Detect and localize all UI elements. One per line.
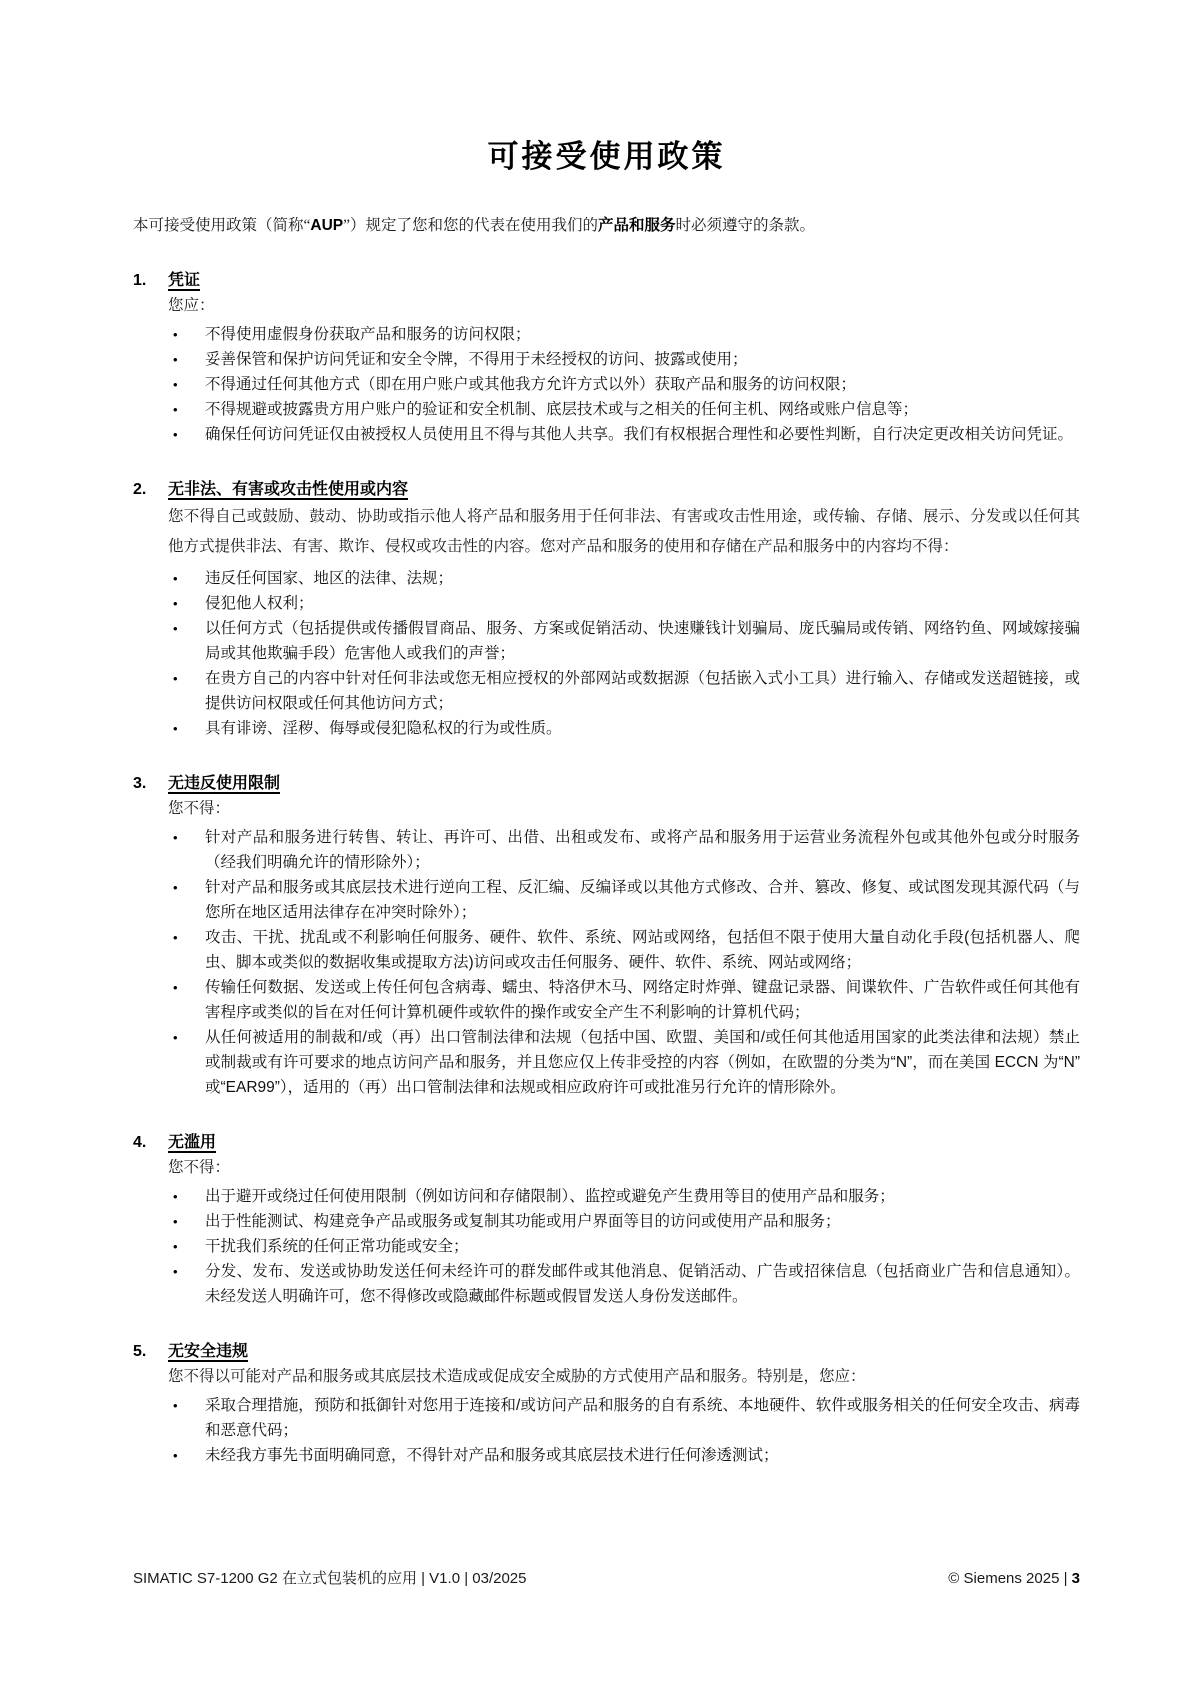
list-item: •不得通过任何其他方式（即在用户账户或其他我方允许方式以外）获取产品和服务的访问…	[168, 372, 1080, 397]
list-item: •不得使用虚假身份获取产品和服务的访问权限；	[168, 322, 1080, 347]
list-item: •在贵方自己的内容中针对任何非法或您无相应授权的外部网站或数据源（包括嵌入式小工…	[168, 666, 1080, 716]
section-credentials: 1. 凭证 您应： •不得使用虚假身份获取产品和服务的访问权限； •妥善保管和保…	[133, 268, 1080, 447]
bullet-text: 具有诽谤、淫秽、侮辱或侵犯隐私权的行为或性质。	[205, 716, 1080, 741]
bullet-icon: •	[168, 975, 205, 1025]
bullet-text: 未经我方事先书面明确同意，不得针对产品和服务或其底层技术进行任何渗透测试；	[205, 1443, 1080, 1468]
list-item: •分发、发布、发送或协助发送任何未经许可的群发邮件或其他消息、促销活动、广告或招…	[168, 1259, 1080, 1309]
document-content: 可接受使用政策 本可接受使用政策（简称“AUP”）规定了您和您的代表在使用我们的…	[133, 0, 1080, 1468]
bullet-text: 出于避开或绕过任何使用限制（例如访问和存储限制）、监控或避免产生费用等目的使用产…	[205, 1184, 1080, 1209]
bullet-text: 传输任何数据、发送或上传任何包含病毒、蠕虫、特洛伊木马、网络定时炸弹、键盘记录器…	[205, 975, 1080, 1025]
bullet-text: 不得规避或披露贵方用户账户的验证和安全机制、底层技术或与之相关的任何主机、网络或…	[205, 397, 1080, 422]
bullet-icon: •	[168, 1184, 205, 1209]
bullet-icon: •	[168, 1025, 205, 1100]
list-item: •针对产品和服务进行转售、转让、再许可、出借、出租或发布、或将产品和服务用于运营…	[168, 825, 1080, 875]
bullet-text: 不得通过任何其他方式（即在用户账户或其他我方允许方式以外）获取产品和服务的访问权…	[205, 372, 1080, 397]
list-item: •采取合理措施，预防和抵御针对您用于连接和/或访问产品和服务的自有系统、本地硬件…	[168, 1393, 1080, 1443]
bullet-icon: •	[168, 397, 205, 422]
footer-document-title: SIMATIC S7-1200 G2 在立式包装机的应用 | V1.0 | 03…	[133, 1568, 527, 1590]
intro-text: 时必须遵守的条款。	[676, 217, 816, 234]
bullet-icon: •	[168, 566, 205, 591]
bullet-icon: •	[168, 925, 205, 975]
section-abuse: 4. 无滥用 您不得： •出于避开或绕过任何使用限制（例如访问和存储限制）、监控…	[133, 1130, 1080, 1309]
intro-paragraph: 本可接受使用政策（简称“AUP”）规定了您和您的代表在使用我们的产品和服务时必须…	[133, 214, 1080, 238]
intro-bold-products-services: 产品和服务	[598, 217, 676, 234]
bullet-text: 针对产品和服务或其底层技术进行逆向工程、反汇编、反编译或以其他方式修改、合并、篡…	[205, 875, 1080, 925]
section-number: 3.	[133, 771, 168, 796]
section-heading: 无安全违规	[168, 1339, 248, 1364]
bullet-list: •违反任何国家、地区的法律、法规； •侵犯他人权利； •以任何方式（包括提供或传…	[168, 566, 1080, 741]
bullet-text: 针对产品和服务进行转售、转让、再许可、出借、出租或发布、或将产品和服务用于运营业…	[205, 825, 1080, 875]
bullet-icon: •	[168, 666, 205, 716]
list-item: •干扰我们系统的任何正常功能或安全；	[168, 1234, 1080, 1259]
bullet-text: 妥善保管和保护访问凭证和安全令牌，不得用于未经授权的访问、披露或使用；	[205, 347, 1080, 372]
list-item: •妥善保管和保护访问凭证和安全令牌，不得用于未经授权的访问、披露或使用；	[168, 347, 1080, 372]
section-heading-row: 1. 凭证	[133, 268, 1080, 293]
bullet-icon: •	[168, 372, 205, 397]
intro-text: 本可接受使用政策（简称“	[133, 217, 310, 234]
section-heading-row: 5. 无安全违规	[133, 1339, 1080, 1364]
bullet-text: 违反任何国家、地区的法律、法规；	[205, 566, 1080, 591]
list-item: •传输任何数据、发送或上传任何包含病毒、蠕虫、特洛伊木马、网络定时炸弹、键盘记录…	[168, 975, 1080, 1025]
list-item: •确保任何访问凭证仅由被授权人员使用且不得与其他人共享。我们有权根据合理性和必要…	[168, 422, 1080, 447]
bullet-text: 出于性能测试、构建竞争产品或服务或复制其功能或用户界面等目的访问或使用产品和服务…	[205, 1209, 1080, 1234]
bullet-icon: •	[168, 1393, 205, 1443]
bullet-list: •针对产品和服务进行转售、转让、再许可、出借、出租或发布、或将产品和服务用于运营…	[168, 825, 1080, 1100]
bullet-icon: •	[168, 1209, 205, 1234]
section-heading-row: 2. 无非法、有害或攻击性使用或内容	[133, 477, 1080, 502]
bullet-text: 以任何方式（包括提供或传播假冒商品、服务、方案或促销活动、快速赚钱计划骗局、庞氏…	[205, 616, 1080, 666]
section-lead: 您不得：	[168, 1155, 1080, 1180]
section-security: 5. 无安全违规 您不得以可能对产品和服务或其底层技术造成或促成安全威胁的方式使…	[133, 1339, 1080, 1468]
bullet-icon: •	[168, 825, 205, 875]
section-number: 1.	[133, 268, 168, 293]
section-heading: 凭证	[168, 268, 200, 293]
footer-copyright: © Siemens 2025 | 3	[948, 1568, 1080, 1590]
bullet-list: •出于避开或绕过任何使用限制（例如访问和存储限制）、监控或避免产生费用等目的使用…	[168, 1184, 1080, 1309]
section-lead: 您不得：	[168, 796, 1080, 821]
bullet-text: 不得使用虚假身份获取产品和服务的访问权限；	[205, 322, 1080, 347]
bullet-icon: •	[168, 347, 205, 372]
document-page: 可接受使用政策 本可接受使用政策（简称“AUP”）规定了您和您的代表在使用我们的…	[0, 0, 1190, 1683]
section-body: 您不得： •针对产品和服务进行转售、转让、再许可、出借、出租或发布、或将产品和服…	[168, 796, 1080, 1100]
section-number: 2.	[133, 477, 168, 502]
section-illegal-content: 2. 无非法、有害或攻击性使用或内容 您不得自己或鼓励、鼓动、协助或指示他人将产…	[133, 477, 1080, 741]
footer-copyright-text: © Siemens 2025 |	[948, 1570, 1071, 1587]
bullet-text: 从任何被适用的制裁和/或（再）出口管制法律和法规（包括中国、欧盟、美国和/或任何…	[205, 1025, 1080, 1100]
bullet-list: •采取合理措施，预防和抵御针对您用于连接和/或访问产品和服务的自有系统、本地硬件…	[168, 1393, 1080, 1468]
page-title: 可接受使用政策	[133, 136, 1080, 178]
list-item: •以任何方式（包括提供或传播假冒商品、服务、方案或促销活动、快速赚钱计划骗局、庞…	[168, 616, 1080, 666]
list-item: •未经我方事先书面明确同意，不得针对产品和服务或其底层技术进行任何渗透测试；	[168, 1443, 1080, 1468]
bullet-text: 侵犯他人权利；	[205, 591, 1080, 616]
bullet-icon: •	[168, 1443, 205, 1468]
section-number: 5.	[133, 1339, 168, 1364]
list-item: •不得规避或披露贵方用户账户的验证和安全机制、底层技术或与之相关的任何主机、网络…	[168, 397, 1080, 422]
intro-text: ”）规定了您和您的代表在使用我们的	[343, 217, 598, 234]
section-heading: 无非法、有害或攻击性使用或内容	[168, 477, 408, 502]
section-heading: 无违反使用限制	[168, 771, 280, 796]
bullet-icon: •	[168, 422, 205, 447]
section-body: 您不得： •出于避开或绕过任何使用限制（例如访问和存储限制）、监控或避免产生费用…	[168, 1155, 1080, 1309]
section-lead: 您不得以可能对产品和服务或其底层技术造成或促成安全威胁的方式使用产品和服务。特别…	[168, 1364, 1080, 1389]
bullet-text: 干扰我们系统的任何正常功能或安全；	[205, 1234, 1080, 1259]
section-usage-restrictions: 3. 无违反使用限制 您不得： •针对产品和服务进行转售、转让、再许可、出借、出…	[133, 771, 1080, 1100]
section-body: 您不得以可能对产品和服务或其底层技术造成或促成安全威胁的方式使用产品和服务。特别…	[168, 1364, 1080, 1468]
section-lead: 您应：	[168, 293, 1080, 318]
bullet-text: 分发、发布、发送或协助发送任何未经许可的群发邮件或其他消息、促销活动、广告或招徕…	[205, 1259, 1080, 1309]
section-body: 您不得自己或鼓励、鼓动、协助或指示他人将产品和服务用于任何非法、有害或攻击性用途…	[168, 502, 1080, 741]
bullet-icon: •	[168, 1259, 205, 1309]
bullet-icon: •	[168, 322, 205, 347]
list-item: •具有诽谤、淫秽、侮辱或侵犯隐私权的行为或性质。	[168, 716, 1080, 741]
list-item: •侵犯他人权利；	[168, 591, 1080, 616]
list-item: •出于性能测试、构建竞争产品或服务或复制其功能或用户界面等目的访问或使用产品和服…	[168, 1209, 1080, 1234]
bullet-icon: •	[168, 716, 205, 741]
section-body: 您应： •不得使用虚假身份获取产品和服务的访问权限； •妥善保管和保护访问凭证和…	[168, 293, 1080, 447]
intro-bold-aup: AUP	[310, 217, 343, 234]
page-footer: SIMATIC S7-1200 G2 在立式包装机的应用 | V1.0 | 03…	[133, 1568, 1080, 1590]
footer-page-number: 3	[1072, 1570, 1080, 1587]
bullet-text: 攻击、干扰、扰乱或不利影响任何服务、硬件、软件、系统、网站或网络，包括但不限于使…	[205, 925, 1080, 975]
bullet-list: •不得使用虚假身份获取产品和服务的访问权限； •妥善保管和保护访问凭证和安全令牌…	[168, 322, 1080, 447]
list-item: •从任何被适用的制裁和/或（再）出口管制法律和法规（包括中国、欧盟、美国和/或任…	[168, 1025, 1080, 1100]
bullet-text: 确保任何访问凭证仅由被授权人员使用且不得与其他人共享。我们有权根据合理性和必要性…	[205, 422, 1080, 447]
list-item: •针对产品和服务或其底层技术进行逆向工程、反汇编、反编译或以其他方式修改、合并、…	[168, 875, 1080, 925]
list-item: •攻击、干扰、扰乱或不利影响任何服务、硬件、软件、系统、网站或网络，包括但不限于…	[168, 925, 1080, 975]
bullet-icon: •	[168, 1234, 205, 1259]
section-heading: 无滥用	[168, 1130, 216, 1155]
bullet-icon: •	[168, 875, 205, 925]
bullet-text: 在贵方自己的内容中针对任何非法或您无相应授权的外部网站或数据源（包括嵌入式小工具…	[205, 666, 1080, 716]
section-heading-row: 3. 无违反使用限制	[133, 771, 1080, 796]
section-number: 4.	[133, 1130, 168, 1155]
bullet-icon: •	[168, 591, 205, 616]
list-item: •违反任何国家、地区的法律、法规；	[168, 566, 1080, 591]
bullet-icon: •	[168, 616, 205, 666]
list-item: •出于避开或绕过任何使用限制（例如访问和存储限制）、监控或避免产生费用等目的使用…	[168, 1184, 1080, 1209]
section-lead: 您不得自己或鼓励、鼓动、协助或指示他人将产品和服务用于任何非法、有害或攻击性用途…	[168, 502, 1080, 562]
section-heading-row: 4. 无滥用	[133, 1130, 1080, 1155]
bullet-text: 采取合理措施，预防和抵御针对您用于连接和/或访问产品和服务的自有系统、本地硬件、…	[205, 1393, 1080, 1443]
